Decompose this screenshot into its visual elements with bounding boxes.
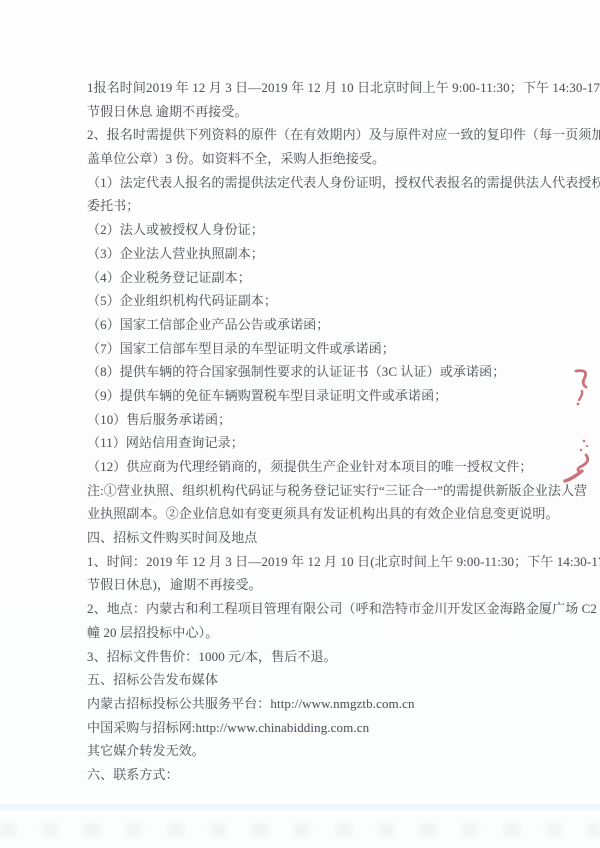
document-section-heading: 六、联系方式： (87, 763, 562, 787)
document-text-line: （3）企业法人营业执照副本； (87, 242, 562, 266)
red-ink-mark-icon (560, 435, 594, 485)
document-text-line: （12）供应商为代理经销商的，须提供生产企业针对本项目的唯一授权文件； (87, 455, 562, 479)
document-text-line: 业执照副本。②企业信息如有变更须具有发证机构出具的有效企业信息变更说明。 (87, 502, 562, 526)
document-text-line: 盖单位公章）3 份。如资料不全，采购人拒绝接受。 (87, 147, 562, 171)
document-text-line: 2、地点：内蒙古和利工程项目管理有限公司（呼和浩特市金川开发区金海路金厦广场 C… (87, 597, 562, 621)
document-text-line: （4）企业税务登记证副本； (87, 266, 562, 290)
document-text-line: 其它媒介转发无效。 (87, 739, 562, 763)
scanner-edge-smudges (0, 823, 600, 837)
document-text-line: 1报名时间2019 年 12 月 3 日—2019 年 12 月 10 日北京时… (87, 76, 562, 100)
document-text-line: 幢 20 层招投标中心）。 (87, 621, 562, 645)
scanner-edge-band (0, 803, 600, 812)
document-text-line: 内蒙古招标投标公共服务平台：http://www.nmgztb.com.cn (87, 692, 562, 716)
document-text-line: （9）提供车辆的免征车辆购置税车型目录证明文件或承诺函； (87, 384, 562, 408)
document-section-heading: 五、招标公告发布媒体 (87, 668, 562, 692)
document-text-line: （5）企业组织机构代码证副本； (87, 289, 562, 313)
document-text-line: 节假日休息 逾期不再接受。 (87, 100, 562, 124)
document-text-line: （1）法定代表人报名的需提供法定代表人身份证明，授权代表报名的需提供法人代表授权 (87, 171, 562, 195)
document-text-line: 1、时间：2019 年 12 月 3 日—2019 年 12 月 10 日(北京… (87, 550, 562, 574)
document-section-heading: 四、招标文件购买时间及地点 (87, 526, 562, 550)
document-text-line: 节假日休息)，逾期不再接受。 (87, 573, 562, 597)
document-text-line: 中国采购与招标网:http://www.chinabidding.com.cn (87, 716, 562, 740)
document-text-line: 3、招标文件售价：1000 元/本，售后不退。 (87, 645, 562, 669)
scanned-document-page: 1报名时间2019 年 12 月 3 日—2019 年 12 月 10 日北京时… (0, 0, 600, 848)
document-text-line: 2、报名时需提供下列资料的原件（在有效期内）及与原件对应一致的复印件（每一页须加 (87, 123, 562, 147)
red-ink-mark-icon (570, 367, 596, 409)
document-text-line: （6）国家工信部企业产品公告或承诺函； (87, 313, 562, 337)
document-text-block: 1报名时间2019 年 12 月 3 日—2019 年 12 月 10 日北京时… (87, 76, 562, 787)
document-text-line: （8）提供车辆的符合国家强制性要求的认证证书（3C 认证）或承诺函； (87, 360, 562, 384)
document-text-line: （2）法人或被授权人身份证； (87, 218, 562, 242)
document-text-line: 委托书； (87, 194, 562, 218)
document-text-line: 注:①营业执照、组织机构代码证与税务登记证实行“三证合一”的需提供新版企业法人营 (87, 479, 562, 503)
document-text-line: （7）国家工信部车型目录的车型证明文件或承诺函； (87, 337, 562, 361)
document-text-line: （10）售后服务承诺函； (87, 408, 562, 432)
document-text-line: （11）网站信用查询记录； (87, 431, 562, 455)
